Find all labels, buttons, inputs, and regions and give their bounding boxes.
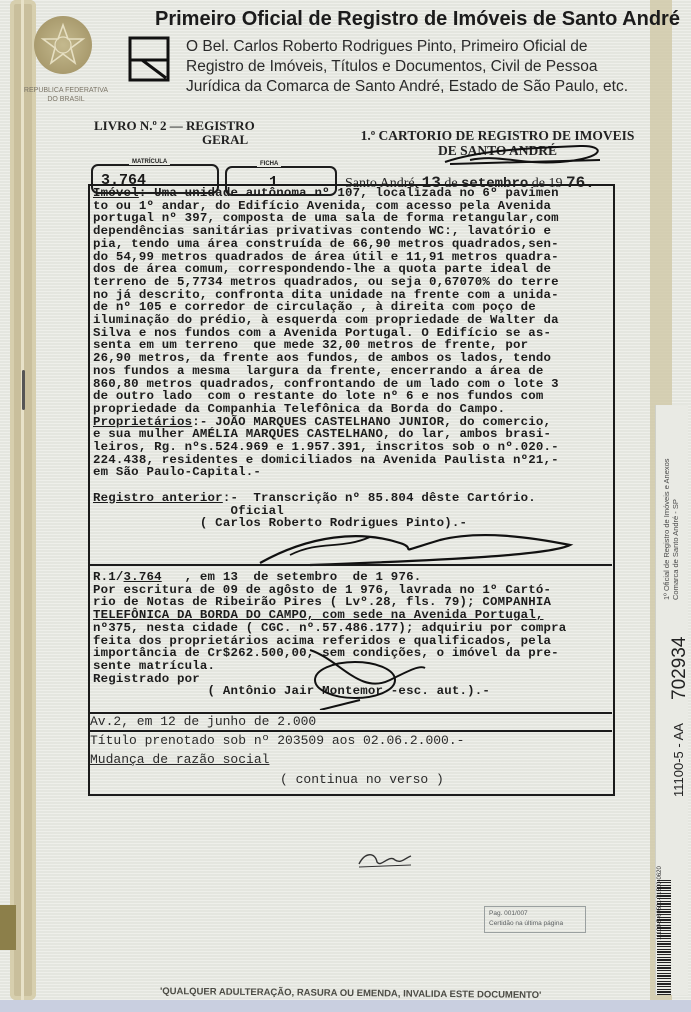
- certidao-note: Certidão na última página: [489, 919, 581, 929]
- security-series: 11100-5 - AA: [671, 723, 686, 797]
- ficha-label: FICHA: [257, 161, 281, 167]
- registry-title: Primeiro Oficial de Registro de Imóveis …: [155, 8, 680, 31]
- matricula-body: Imóvel:-Uma unidade autônoma nº 107, loc…: [93, 187, 613, 530]
- r1-line: Registrado por: [93, 672, 200, 686]
- security-serial: 702934: [669, 637, 691, 700]
- barcode-icon: [657, 880, 671, 995]
- matricula-label: MATRÍCULA: [129, 159, 170, 165]
- pagination-box: Pag. 001/007 Certidão na última página: [484, 906, 586, 933]
- side-stamp: 1º Oficial de Registro de Imóveis e Anex…: [662, 458, 680, 600]
- livro-line1: LIVRO N.º 2 — REGISTRO: [94, 118, 255, 133]
- decorative-left-border: [10, 0, 36, 1000]
- av2-date: Av.2, em 12 de junho de 2.000: [90, 714, 610, 729]
- registry-description-line: Registro de Imóveis, Títulos e Documento…: [186, 57, 656, 77]
- proprietarios-line: em São Paulo-Capital.-: [93, 465, 261, 479]
- background-surface: [0, 1000, 691, 1012]
- side-stamp-line2: Comarca de Santo André - SP: [671, 458, 680, 600]
- emblem-label-line1: REPUBLICA FEDERATIVA: [18, 86, 114, 95]
- continua-no-verso: ( continua no verso ): [280, 772, 444, 787]
- registro-anterior-heading: Registro anterior: [93, 491, 223, 505]
- brasil-coat-of-arms-icon: [34, 16, 92, 74]
- seal-icon: [0, 905, 16, 950]
- signature-scribble-icon: [440, 140, 610, 170]
- section-divider: [89, 730, 612, 732]
- av2-subject: Mudança de razão social: [90, 752, 269, 767]
- registry-description-line: O Bel. Carlos Roberto Rodrigues Pinto, P…: [186, 37, 656, 57]
- livro-label: LIVRO N.º 2 — REGISTRO GERAL: [94, 119, 255, 147]
- emblem-label-line2: DO BRASIL: [18, 95, 114, 104]
- registry-description: O Bel. Carlos Roberto Rodrigues Pinto, P…: [186, 37, 656, 97]
- emblem-label: REPUBLICA FEDERATIVA DO BRASIL: [18, 86, 114, 104]
- registrar-signature-icon: [300, 640, 430, 710]
- livro-line2: GERAL: [94, 133, 255, 147]
- side-stamp-line1: 1º Oficial de Registro de Imóveis e Anex…: [662, 458, 671, 600]
- av2-prenotacao: Título prenotado sob nº 203509 aos 02.06…: [90, 733, 610, 748]
- staple-icon: [22, 370, 25, 410]
- registry-description-line: Jurídica da Comarca de Santo André, Esta…: [186, 77, 656, 97]
- registry-logo-icon: [128, 36, 170, 82]
- section-divider: [89, 564, 612, 566]
- page-number: Pag. 001/007: [489, 909, 581, 919]
- initials-signature-icon: [355, 848, 415, 870]
